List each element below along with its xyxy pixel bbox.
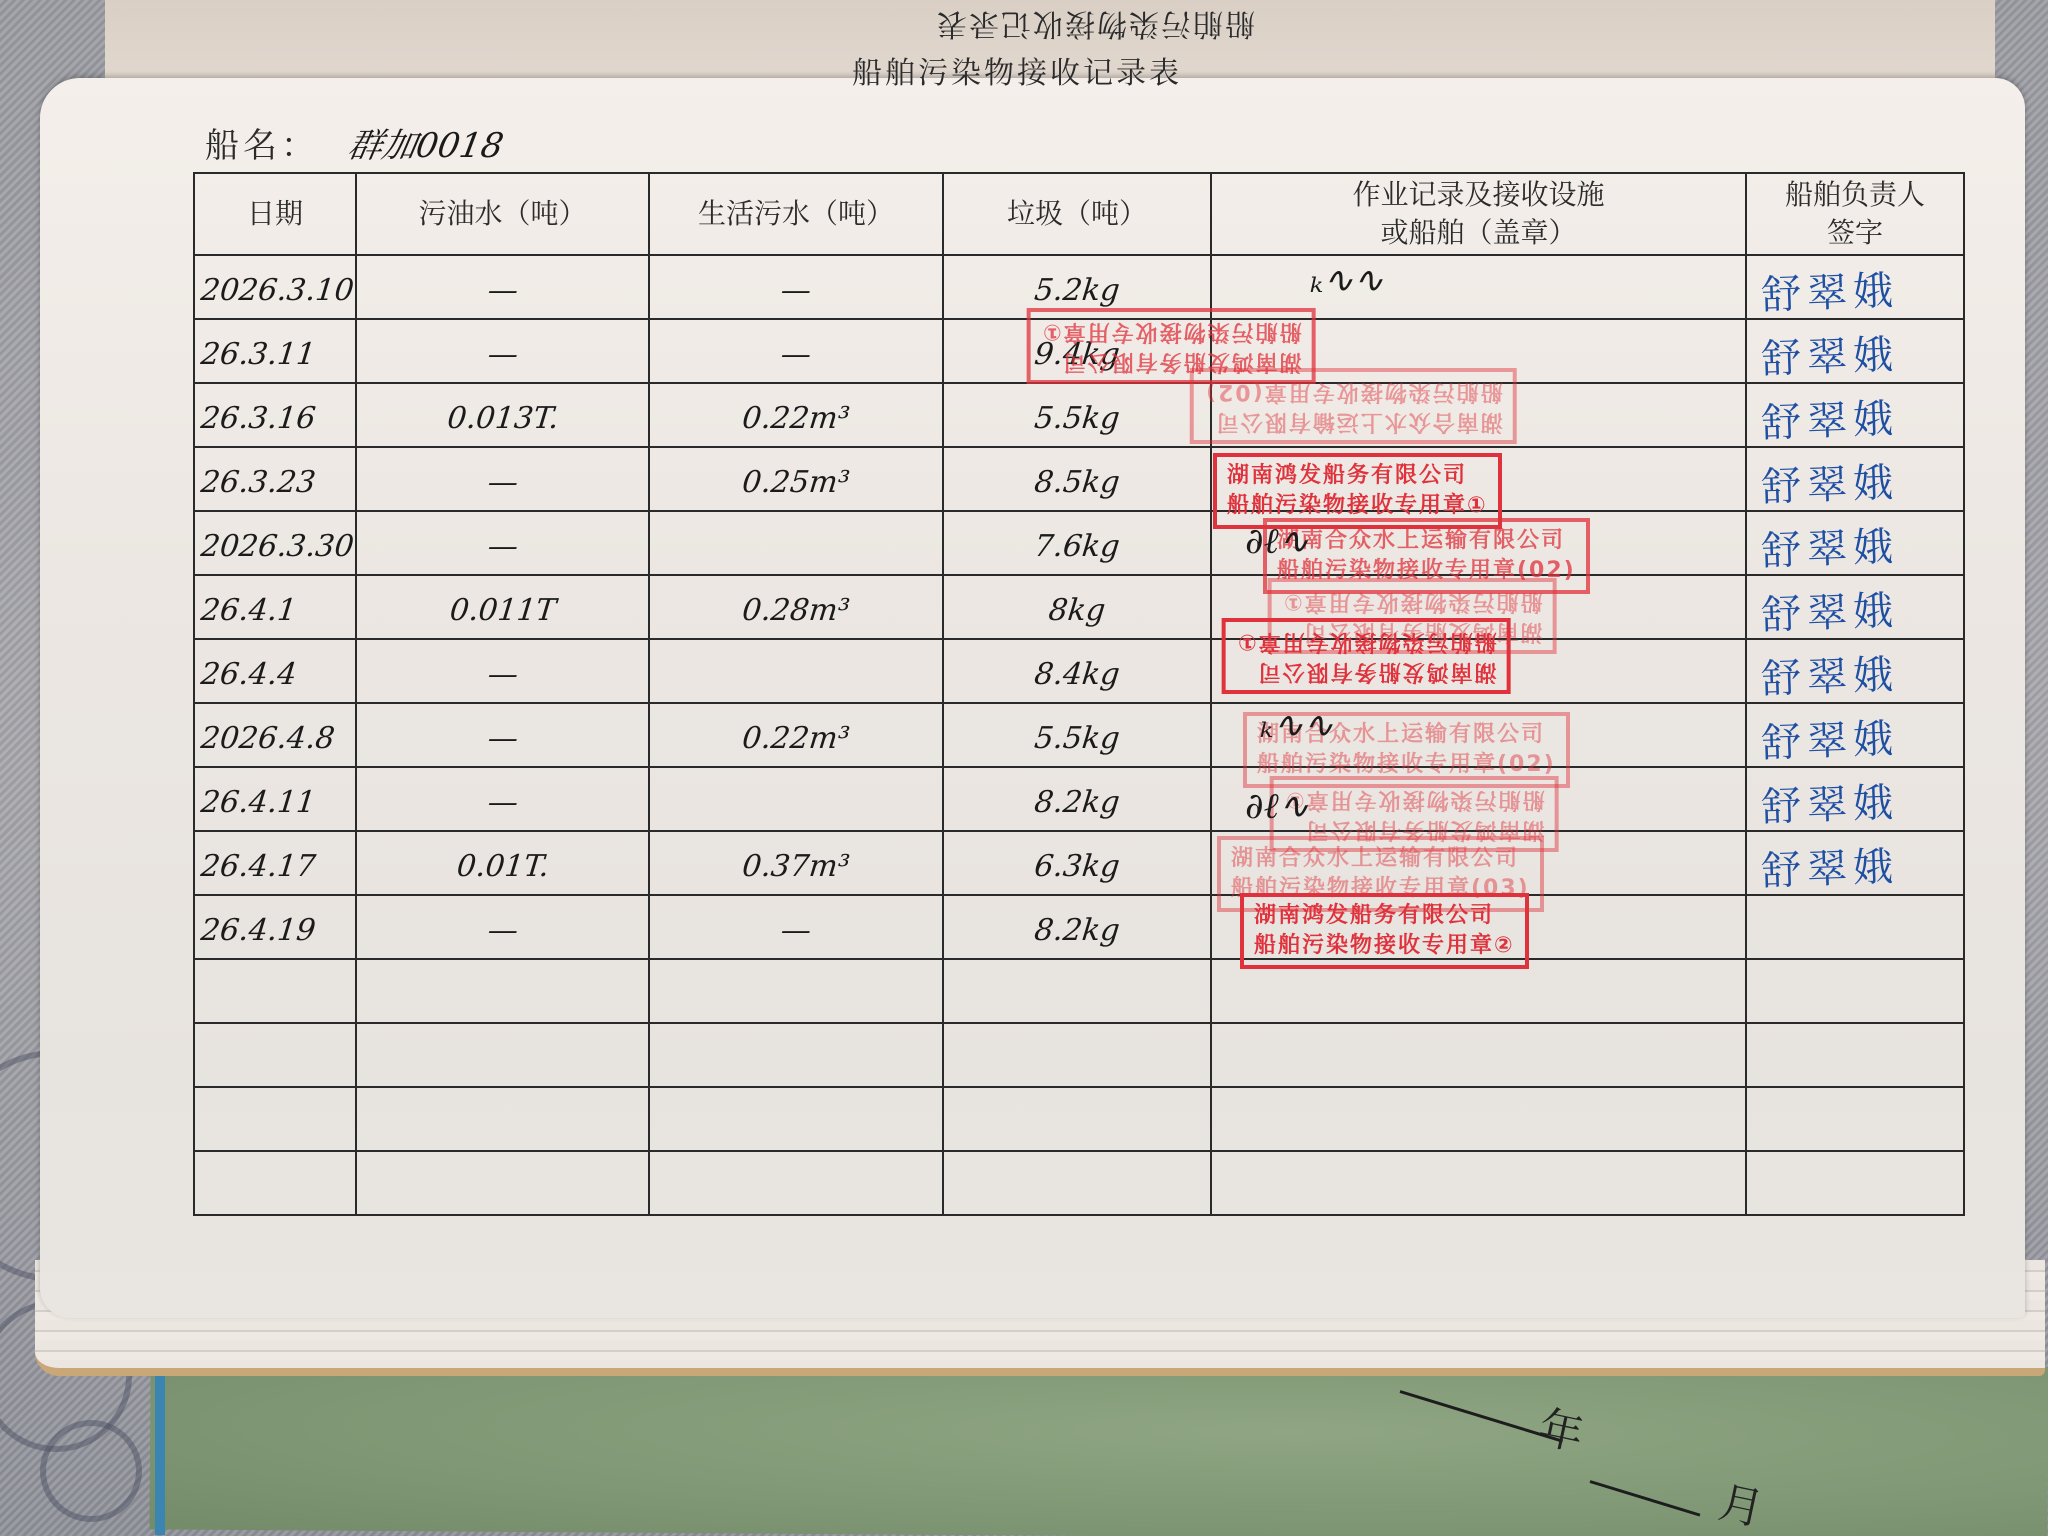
date-cell: 26.4.4 <box>194 639 356 703</box>
date-cell: 26.3.16 <box>194 383 356 447</box>
table-row <box>194 959 1964 1023</box>
garbage-value: 7.6kg <box>1033 529 1122 564</box>
stamp-purpose: 船舶污染物接收专用章① <box>1282 586 1543 616</box>
sewage-cell <box>649 1151 943 1215</box>
date-value: 26.4.17 <box>199 849 317 884</box>
signature-value: 舒翠娥 <box>1760 515 1900 577</box>
header-sewage: 生活污水（吨） <box>649 173 943 255</box>
oily-water-cell: 0.013T. <box>356 383 649 447</box>
signature-value: 舒翠娥 <box>1760 387 1900 449</box>
sewage-cell <box>649 767 943 831</box>
oily-water-value: — <box>486 657 520 692</box>
sewage-value: 0.22m³ <box>741 721 852 756</box>
oily-water-value: 0.01T. <box>455 849 551 884</box>
signature-value: 舒翠娥 <box>1760 643 1900 705</box>
table-row: 26.3.160.013T.0.22m³5.5kg舒翠娥 <box>194 383 1964 447</box>
garbage-cell <box>943 959 1211 1023</box>
date-value: 26.4.4 <box>199 657 298 692</box>
date-cell: 26.4.11 <box>194 767 356 831</box>
date-cell: 2026.3.10 <box>194 255 356 319</box>
stamp-purpose: 船舶污染物接收专用章① <box>1227 491 1488 521</box>
oily-water-cell: 0.011T <box>356 575 649 639</box>
garbage-value: 8.5kg <box>1033 465 1122 500</box>
sewage-cell: 0.22m³ <box>649 383 943 447</box>
garbage-cell: 8.2kg <box>943 895 1211 959</box>
date-cell: 26.3.11 <box>194 319 356 383</box>
oily-water-cell: — <box>356 255 649 319</box>
date-value: 26.3.11 <box>199 337 317 372</box>
oily-water-cell <box>356 1087 649 1151</box>
table-row <box>194 1023 1964 1087</box>
garbage-cell <box>943 1151 1211 1215</box>
signature-cell: 舒翠娥 <box>1746 703 1964 767</box>
oily-water-cell: — <box>356 447 649 511</box>
ship-name-value: 群加0018 <box>345 118 508 167</box>
operation-record-cell <box>1211 1023 1746 1087</box>
page-title: 船舶污染物接收记录表 <box>852 48 1182 92</box>
date-cell <box>194 1087 356 1151</box>
date-value: 2026.4.8 <box>199 721 336 756</box>
garbage-cell: 8.4kg <box>943 639 1211 703</box>
oily-water-cell: — <box>356 895 649 959</box>
stamp-company-name: 湖南合众水上运输有限公司 <box>1204 406 1503 436</box>
table-row: 26.4.11—8.2kg舒翠娥 <box>194 767 1964 831</box>
sewage-cell: 0.25m³ <box>649 447 943 511</box>
signature-value: 舒翠娥 <box>1760 323 1900 385</box>
date-value: 26.4.1 <box>199 593 298 628</box>
ship-name-field: 船名： 群加0018 <box>205 118 504 167</box>
stamp-company-name: 湖南鸿发船务有限公司 <box>1227 461 1488 491</box>
date-cell: 26.3.23 <box>194 447 356 511</box>
date-value: 26.3.16 <box>199 401 317 436</box>
table-row: 2026.4.8—0.22m³5.5kg舒翠娥 <box>194 703 1964 767</box>
sewage-cell <box>649 511 943 575</box>
oily-water-cell: — <box>356 511 649 575</box>
oily-water-cell <box>356 959 649 1023</box>
operator-signature: ∂ℓ∿ <box>1245 520 1309 562</box>
oily-water-cell <box>356 1023 649 1087</box>
header-ship-officer-signature: 船舶负责人 签字 <box>1746 173 1964 255</box>
signature-value: 舒翠娥 <box>1760 707 1900 769</box>
garbage-cell: 7.6kg <box>943 511 1211 575</box>
sewage-value: — <box>779 337 813 372</box>
date-cell: 26.4.17 <box>194 831 356 895</box>
oily-water-cell: — <box>356 767 649 831</box>
sewage-value: 0.25m³ <box>741 465 852 500</box>
operator-signature: ₖ∿∿ <box>1310 260 1383 301</box>
sewage-value: 0.22m³ <box>741 401 852 436</box>
garbage-value: 8.2kg <box>1033 913 1122 948</box>
oily-water-value: — <box>486 465 520 500</box>
oily-water-value: 0.011T <box>448 593 558 628</box>
date-value: 26.4.11 <box>199 785 317 820</box>
garbage-cell: 5.5kg <box>943 703 1211 767</box>
table-row <box>194 1151 1964 1215</box>
garbage-cell <box>943 1087 1211 1151</box>
signature-cell <box>1746 895 1964 959</box>
sewage-cell <box>649 959 943 1023</box>
oily-water-value: — <box>486 337 520 372</box>
date-value: 26.4.19 <box>199 913 317 948</box>
date-cell <box>194 1151 356 1215</box>
header-date: 日期 <box>194 173 356 255</box>
signature-value: 舒翠娥 <box>1760 835 1900 897</box>
garbage-cell: 8.5kg <box>943 447 1211 511</box>
oily-water-value: — <box>486 721 520 756</box>
date-cell: 26.4.19 <box>194 895 356 959</box>
date-value: 2026.3.30 <box>199 529 355 564</box>
garbage-value: 6.3kg <box>1033 849 1122 884</box>
sewage-cell: 0.22m³ <box>649 703 943 767</box>
date-value: 2026.3.10 <box>199 273 355 308</box>
company-seal-stamp: 湖南鸿发船务有限公司船舶污染物接收专用章① <box>1222 618 1511 694</box>
signature-cell: 舒翠娥 <box>1746 511 1964 575</box>
sewage-cell: 0.37m³ <box>649 831 943 895</box>
garbage-cell: 8kg <box>943 575 1211 639</box>
sewage-cell <box>649 639 943 703</box>
signature-cell <box>1746 1023 1964 1087</box>
sewage-cell: — <box>649 255 943 319</box>
operation-record-cell <box>1211 1087 1746 1151</box>
table-row: 26.4.170.01T.0.37m³6.3kg舒翠娥 <box>194 831 1964 895</box>
stamp-purpose: 船舶污染物接收专用章① <box>1041 316 1302 346</box>
sewage-cell: — <box>649 895 943 959</box>
stamp-company-name: 湖南合众水上运输有限公司 <box>1231 844 1530 874</box>
signature-cell: 舒翠娥 <box>1746 255 1964 319</box>
operator-signature: ∂ℓ∿ <box>1245 785 1309 827</box>
garbage-value: 5.5kg <box>1033 721 1122 756</box>
oily-water-value: — <box>486 785 520 820</box>
oily-water-value: — <box>486 273 520 308</box>
sewage-cell <box>649 1087 943 1151</box>
oily-water-value: — <box>486 529 520 564</box>
header-operation-record: 作业记录及接收设施 或船舶（盖章） <box>1211 173 1746 255</box>
table-row: 2026.3.30—7.6kg舒翠娥 <box>194 511 1964 575</box>
signature-cell: 舒翠娥 <box>1746 639 1964 703</box>
table-row: 26.3.23—0.25m³8.5kg舒翠娥 <box>194 447 1964 511</box>
garbage-cell: 8.2kg <box>943 767 1211 831</box>
company-seal-stamp: 湖南鸿发船务有限公司船舶污染物接收专用章② <box>1240 893 1529 969</box>
sewage-value: — <box>779 273 813 308</box>
green-book-cover <box>149 1353 2048 1536</box>
signature-value: 舒翠娥 <box>1760 771 1900 833</box>
stamp-company-name: 湖南鸿发船务有限公司 <box>1236 656 1497 686</box>
stamp-purpose: 船舶污染物接收专用章① <box>1236 626 1497 656</box>
fabric-pattern <box>40 1420 142 1522</box>
signature-cell <box>1746 959 1964 1023</box>
garbage-value: 5.2kg <box>1033 273 1122 308</box>
date-cell: 2026.4.8 <box>194 703 356 767</box>
sewage-cell: 0.28m³ <box>649 575 943 639</box>
operation-record-cell <box>1211 1151 1746 1215</box>
blue-paper-edge <box>155 1365 165 1535</box>
sewage-value: 0.37m³ <box>741 849 852 884</box>
garbage-value: 8kg <box>1047 593 1107 628</box>
oily-water-value: 0.013T. <box>445 401 560 436</box>
stamp-purpose: 船舶污染物接收专用章② <box>1254 931 1515 961</box>
date-cell <box>194 1023 356 1087</box>
garbage-cell: 6.3kg <box>943 831 1211 895</box>
oily-water-value: — <box>486 913 520 948</box>
oily-water-cell: — <box>356 639 649 703</box>
date-cell <box>194 959 356 1023</box>
oily-water-cell: — <box>356 703 649 767</box>
date-cell: 2026.3.30 <box>194 511 356 575</box>
oily-water-cell: 0.01T. <box>356 831 649 895</box>
garbage-cell <box>943 1023 1211 1087</box>
table-row: 26.4.10.011T0.28m³8kg舒翠娥 <box>194 575 1964 639</box>
signature-cell <box>1746 1151 1964 1215</box>
sewage-cell: — <box>649 319 943 383</box>
garbage-value: 8.4kg <box>1033 657 1122 692</box>
header-oily-water: 污油水（吨） <box>356 173 649 255</box>
signature-value: 舒翠娥 <box>1760 259 1900 321</box>
signature-cell: 舒翠娥 <box>1746 767 1964 831</box>
date-value: 26.3.23 <box>199 465 317 500</box>
operator-signature: ₖ∿∿ <box>1260 705 1333 746</box>
ship-name-label: 船名： <box>205 118 319 167</box>
table-row: 26.4.4—8.4kg舒翠娥 <box>194 639 1964 703</box>
sewage-value: — <box>779 913 813 948</box>
signature-value: 舒翠娥 <box>1760 579 1900 641</box>
signature-cell: 舒翠娥 <box>1746 383 1964 447</box>
signature-value: 舒翠娥 <box>1760 451 1900 513</box>
garbage-value: 5.5kg <box>1033 401 1122 436</box>
stamp-company-name: 湖南合众水上运输有限公司 <box>1277 526 1576 556</box>
garbage-cell: 5.5kg <box>943 383 1211 447</box>
header-garbage: 垃圾（吨） <box>943 173 1211 255</box>
garbage-value: 8.2kg <box>1033 785 1122 820</box>
stamp-purpose: 船舶污染物接收专用章① <box>1284 784 1545 814</box>
signature-cell: 舒翠娥 <box>1746 319 1964 383</box>
signature-cell: 舒翠娥 <box>1746 447 1964 511</box>
signature-cell: 舒翠娥 <box>1746 831 1964 895</box>
sewage-cell <box>649 1023 943 1087</box>
oily-water-cell: — <box>356 319 649 383</box>
stamp-company-name: 湖南鸿发船务有限公司 <box>1254 901 1515 931</box>
company-seal-stamp: 湖南合众水上运输有限公司船舶污染物接收专用章(02) <box>1190 368 1517 444</box>
oily-water-cell <box>356 1151 649 1215</box>
signature-cell <box>1746 1087 1964 1151</box>
date-cell: 26.4.1 <box>194 575 356 639</box>
underlying-page-title: 船舶污染物接收记录表 <box>935 5 1255 49</box>
table-row: 26.4.19——8.2kg <box>194 895 1964 959</box>
table-header-row: 日期 污油水（吨） 生活污水（吨） 垃圾（吨） 作业记录及接收设施 或船舶（盖章… <box>194 173 1964 255</box>
table-row <box>194 1087 1964 1151</box>
sewage-value: 0.28m³ <box>741 593 852 628</box>
stamp-purpose: 船舶污染物接收专用章(02) <box>1204 376 1503 406</box>
signature-cell: 舒翠娥 <box>1746 575 1964 639</box>
